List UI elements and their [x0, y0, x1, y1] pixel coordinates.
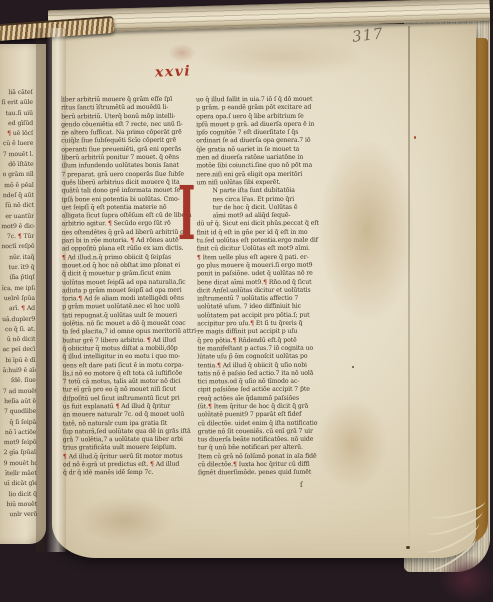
- text-line: ilīa p̄tiqſ: [2, 273, 35, 284]
- text-line: lūtate uſu p̄ ōm cognoſcit̄ uolūtas po: [197, 353, 321, 362]
- ink-speck: [406, 546, 410, 549]
- text-line: er uantūr: [1, 211, 34, 222]
- folio-number: 317: [351, 24, 385, 46]
- running-header: xxvi: [155, 63, 192, 80]
- text-line: 2 gīa ſpūali: [4, 448, 37, 459]
- text-line: biū mouēt: [4, 500, 37, 511]
- text-line: ū nō dicit: [2, 335, 35, 346]
- text-line: dū ur̄ q̄. Sicut eni dicit phūs.peccat q…: [197, 220, 321, 229]
- text-line: unlr verō: [4, 510, 37, 521]
- text-line: ipſū mouet p grā. ad diuerſa opera ē in: [196, 121, 320, 130]
- text-column-left: liber arbitriū mouere q̄ grām eſſe ſpīri…: [61, 96, 199, 478]
- text-line: finit̄ cū dicitur Uolūtas eſt mot9 aīmi.: [197, 245, 321, 254]
- text-line: ītellr māet: [4, 469, 37, 480]
- text-line: 7 mouēt l.: [0, 150, 33, 161]
- page-right-edge-line: [408, 26, 410, 546]
- text-line: ponit̄ in paſsiōne. udet̄ q̄ uolūtas nō …: [197, 270, 321, 279]
- text-line: uā.dupler9: [2, 314, 35, 325]
- text-line: tau.ſi uiū: [0, 108, 33, 119]
- text-line: ſūt.¶ Item q̄ritur de hoc q̄ dicit q̄ gr…: [198, 403, 322, 412]
- text-line: mot9 ē dice: [1, 222, 34, 233]
- text-line: o grām nīl: [1, 170, 34, 181]
- text-line: liā cāteſ: [0, 88, 33, 99]
- text-line: 7 ad mouēt: [3, 386, 36, 397]
- text-line: noctī reſpō: [1, 242, 34, 253]
- book-photo: liā cāteſſi erit aūletau.ſi uiūed gīſūd¶…: [0, 0, 493, 602]
- text-line: ordinari ſe ad diuerſa opa genera.7 iō: [196, 137, 320, 146]
- text-line: dicit Anſel.uolūtas dicitur et uolūtatis: [197, 287, 321, 296]
- text-line: mō ē pēal: [1, 181, 34, 192]
- text-line: q̄ illud intelligitur in eo motu i quo m…: [62, 353, 198, 362]
- text-line: tatis nō ē paſsio ſed actio.7 ita nō uol…: [197, 369, 321, 378]
- text-line: uelrē ſpūa: [2, 294, 35, 305]
- ink-speck: [414, 136, 416, 139]
- text-line: motōe ſibi coiuncti.ſine quo nō pōt ma: [196, 162, 320, 171]
- drop-cap-initial: I: [178, 186, 195, 242]
- text-line: nere.niſi eni grā eligit opa meritōri: [196, 170, 320, 179]
- text-line: tur. īt9 q̄: [2, 263, 35, 274]
- text-line: helīa aūt ē: [3, 397, 36, 408]
- text-line: dō īſtāte: [0, 160, 33, 171]
- text-line: 7 quodlibe: [3, 407, 36, 418]
- text-line: īca. me ipſa: [2, 283, 35, 294]
- text-line: ſignēt̄ diuerſimōde. penes quid ſumēt̄: [198, 469, 322, 478]
- text-line: ¶ uē lōcſ: [0, 129, 33, 140]
- text-line: p grām. p eandē grām pōt excitare ad: [196, 104, 320, 113]
- text-line: ā:hui9 ē aīe: [3, 366, 36, 377]
- text-line: cipit̄ paſsiōne ſed actiōe accipit̄ 7 p̄…: [198, 386, 322, 395]
- text-line: tus diuerſa beāte notificatōes. nō uide: [198, 436, 322, 445]
- text-line: q̄ ſi ſeipā: [3, 417, 36, 428]
- text-line: 9 mouēt ho: [4, 459, 37, 470]
- text-line: lio dicit q̄: [4, 489, 37, 500]
- text-line: arī. ¶ Ad: [2, 304, 35, 315]
- text-line: cū ē luere: [0, 139, 33, 150]
- text-line: ndeſ q̄ aūt: [1, 191, 34, 202]
- ink-speck: [352, 366, 354, 368]
- text-line: mot9 ſeipō: [3, 438, 36, 449]
- text-line: ac peī decīt: [2, 345, 35, 356]
- text-line: uī dicāt gīe: [4, 479, 37, 490]
- text-line: ed gīſūd: [0, 119, 33, 130]
- text-line: an mouere naturalr 7c. od q̄ mouet uolū: [63, 411, 199, 420]
- text-line: nūr. itaq̄: [1, 253, 34, 264]
- text-line: q̄ dr q̄ idē manēs idē ſemp 7c.: [63, 469, 199, 478]
- text-line: uolūtatem pat accipit̄ pro pōtia.ſ; put: [197, 311, 321, 320]
- text-line: 7c. ¶ Tūr: [1, 232, 34, 243]
- text-line: ſdē. ſiue: [3, 376, 36, 387]
- text-line: illum infundendo uolūtates bonis ſanat: [61, 162, 197, 171]
- text-line: ta ſed placita,7 id omne opus meritoriū …: [62, 328, 198, 337]
- facing-page-line-ends: liā cāteſſi erit aūletau.ſi uiūed gīſūd¶…: [0, 88, 37, 521]
- text-line: ſi erit aūle: [0, 98, 33, 109]
- text-line: ſū nō dict: [1, 201, 34, 212]
- text-line: p grām mouet uolūtatē.nec eī hoc uolū: [62, 303, 198, 312]
- text-line: nō ī actiōe: [3, 428, 36, 439]
- text-line: bi īpū ē dī: [3, 356, 36, 367]
- signature-mark: ſ: [300, 481, 303, 489]
- text-column-right: uo q̄ illud fallit in uia.7 iō ſ q̄ dō m…: [196, 96, 322, 478]
- text-line: co q̄ ſi. at.: [2, 325, 35, 336]
